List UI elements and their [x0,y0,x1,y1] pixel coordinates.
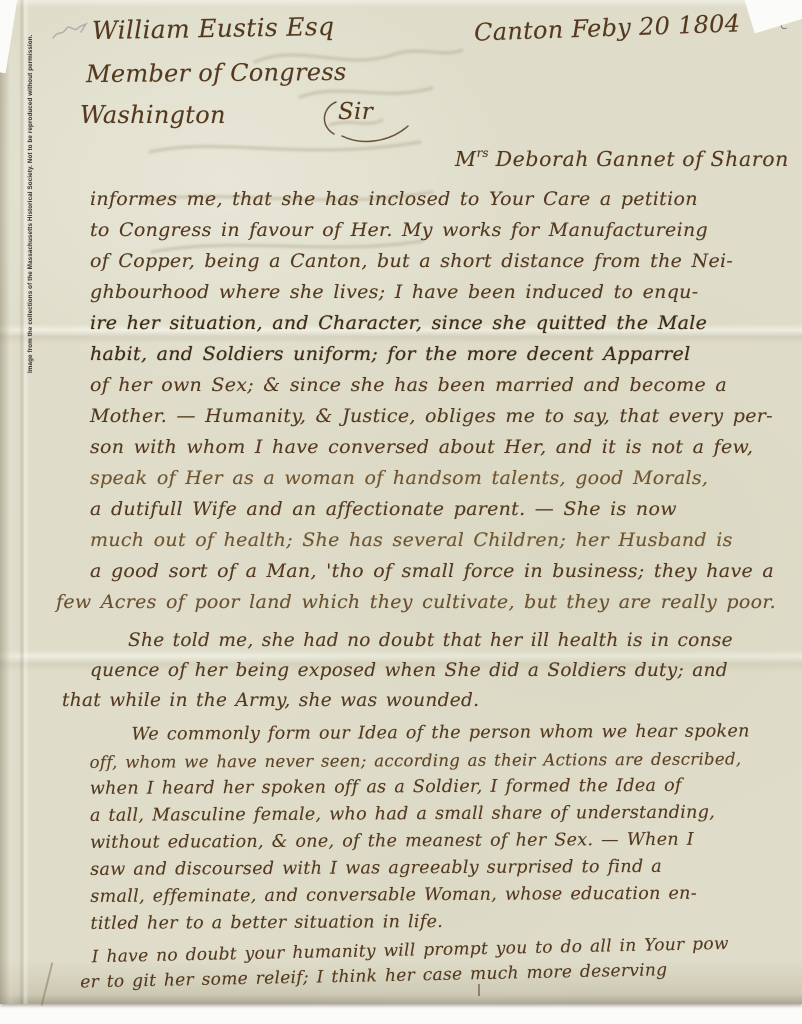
letter-line: when I heard her spoken off as a Soldier… [90,772,802,803]
letter-line: We commonly form our Idea of the person … [89,718,802,749]
paragraph-2: She told me, she had no doubt that her i… [90,626,802,716]
letter-line: speak of Her as a woman of handsom talen… [90,463,802,494]
letter-line: quence of her being exposed when She did… [90,656,802,686]
letter-line: of her own Sex; & since she has been mar… [90,370,802,401]
opening-superscript: rs [477,146,489,160]
letter-line: that while in the Army, she was wounded. [62,686,802,716]
letter-line: small, effeminate, and conversable Woman… [90,880,802,911]
letter-line: much out of health; She has several Chil… [90,525,802,556]
letter-line: a good sort of a Man, 'tho of small forc… [90,556,802,587]
opening-line: Mrs Deborah Gannet of Sharon [455,146,789,171]
recipient-city: Washington [80,101,226,129]
paragraph-3: We commonly form our Idea of the person … [89,718,802,938]
stray-pen-tick [478,984,480,996]
opening-rest: Deborah Gannet of Sharon [489,147,789,171]
recipient-title: Member of Congress [86,58,347,88]
letter-line: saw and discoursed with I was agreeably … [90,853,802,884]
letter-line: ghbourhood where she lives; I have been … [90,277,802,308]
letter-line: off, whom we have never seen; according … [90,745,802,776]
letter-line: Mother. — Humanity, & Justice, obliges m… [90,401,802,432]
letter-line: ire her situation, and Character, since … [90,308,802,339]
letter-line: a tall, Masculine female, who had a smal… [90,799,802,830]
pencil-mark-icon [50,20,90,46]
opening-prefix: M [455,147,477,171]
rights-notice: Image from the collections of the Massac… [27,34,34,373]
salutation: Sir [338,99,373,125]
letter-line: She told me, she had no doubt that her i… [90,626,802,656]
letter-line: to Congress in favour of Her. My works f… [90,215,802,246]
letter-line: habit, and Soldiers uniform; for the mor… [90,339,802,370]
letter-line: informes me, that she has inclosed to Yo… [90,184,802,215]
letter-line: few Acres of poor land which they cultiv… [56,587,802,618]
paragraph-1: informes me, that she has inclosed to Yo… [90,184,802,618]
letter-page: Image from the collections of the Massac… [0,0,802,1004]
letter-line: without education, & one, of the meanest… [90,826,802,857]
letter-line: son with whom I have conversed about Her… [90,432,802,463]
letter-line: a dutifull Wife and an affectionate pare… [90,494,802,525]
recipient-name: William Eustis Esq [92,12,335,45]
letter-line: of Copper, being a Canton, but a short d… [90,246,802,277]
